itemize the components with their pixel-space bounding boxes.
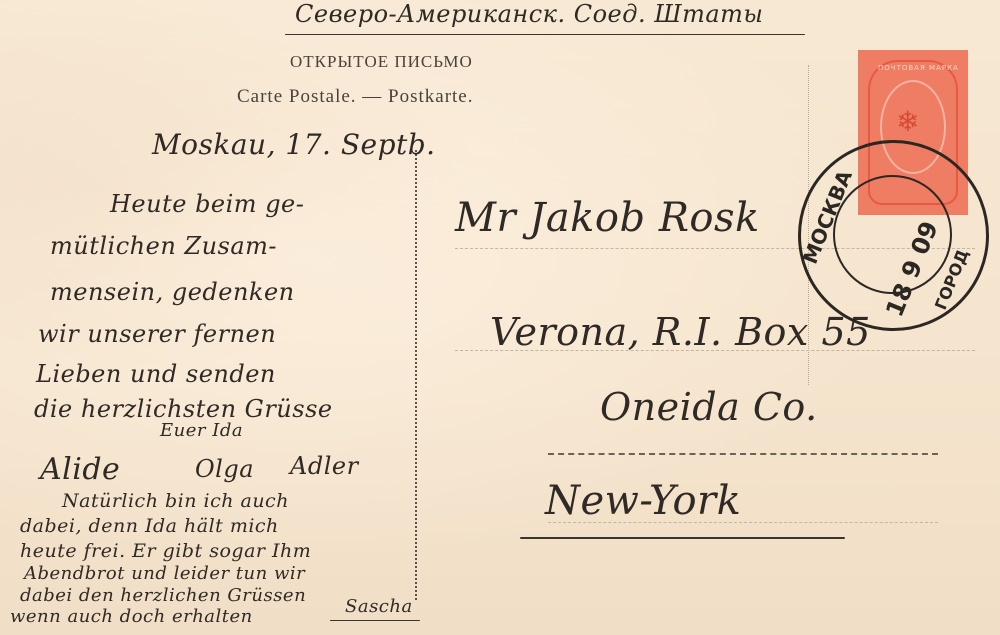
address-county: Oneida Co. (600, 385, 818, 429)
printed-title-carte-postale: Carte Postale. — Postkarte. (237, 86, 474, 108)
message-signature-adler: Adler (290, 452, 359, 480)
postscript-underline (330, 620, 420, 621)
message-place-date: Moskau, 17. Septb. (152, 128, 436, 161)
message-line: mensein, gedenken (50, 278, 295, 306)
address-rule (548, 453, 938, 455)
address-street: Verona, R.I. Box 55 (490, 310, 871, 354)
address-state-underline (520, 537, 845, 539)
stamp-label: ПОЧТОВАЯ МАРКА (878, 64, 959, 72)
postscript-signature: Sascha (345, 596, 413, 617)
message-signature-olga: Olga (195, 455, 254, 483)
postscript-line: dabei den herzlichen Grüssen (20, 585, 306, 606)
postscript-line: dabei, denn Ida hält mich (20, 515, 279, 537)
message-line: Heute beim ge- (110, 190, 304, 218)
postscript-line: Natürlich bin ich auch (62, 490, 289, 512)
postcard: Северо-Американск. Соед. Штаты ОТКРЫТОЕ … (0, 0, 1000, 635)
postscript-line: Abendbrot und leider tun wir (24, 563, 305, 584)
address-recipient: Mr Jakob Rosk (455, 195, 760, 241)
message-line: Lieben und senden (36, 360, 276, 388)
address-state: New-York (545, 478, 741, 524)
postscript-line: wenn auch doch erhalten (10, 606, 253, 627)
message-line: mütlichen Zusam- (50, 232, 277, 260)
printed-title-russian: ОТКРЫТОЕ ПИСЬМО (290, 52, 473, 72)
destination-underline (285, 34, 805, 35)
message-line: die herzlichsten Grüsse (34, 395, 333, 423)
postscript-line: heute frei. Er gibt sogar Ihm (20, 540, 311, 562)
double-headed-eagle-icon: ❄ (896, 105, 919, 138)
message-line: wir unserer fernen (38, 320, 276, 348)
message-address-divider (415, 150, 417, 600)
handwritten-destination: Северо-Американск. Соед. Штаты (295, 0, 763, 28)
message-signature-alide: Alide (40, 452, 120, 487)
message-signature-ida: Euer Ida (160, 420, 243, 441)
